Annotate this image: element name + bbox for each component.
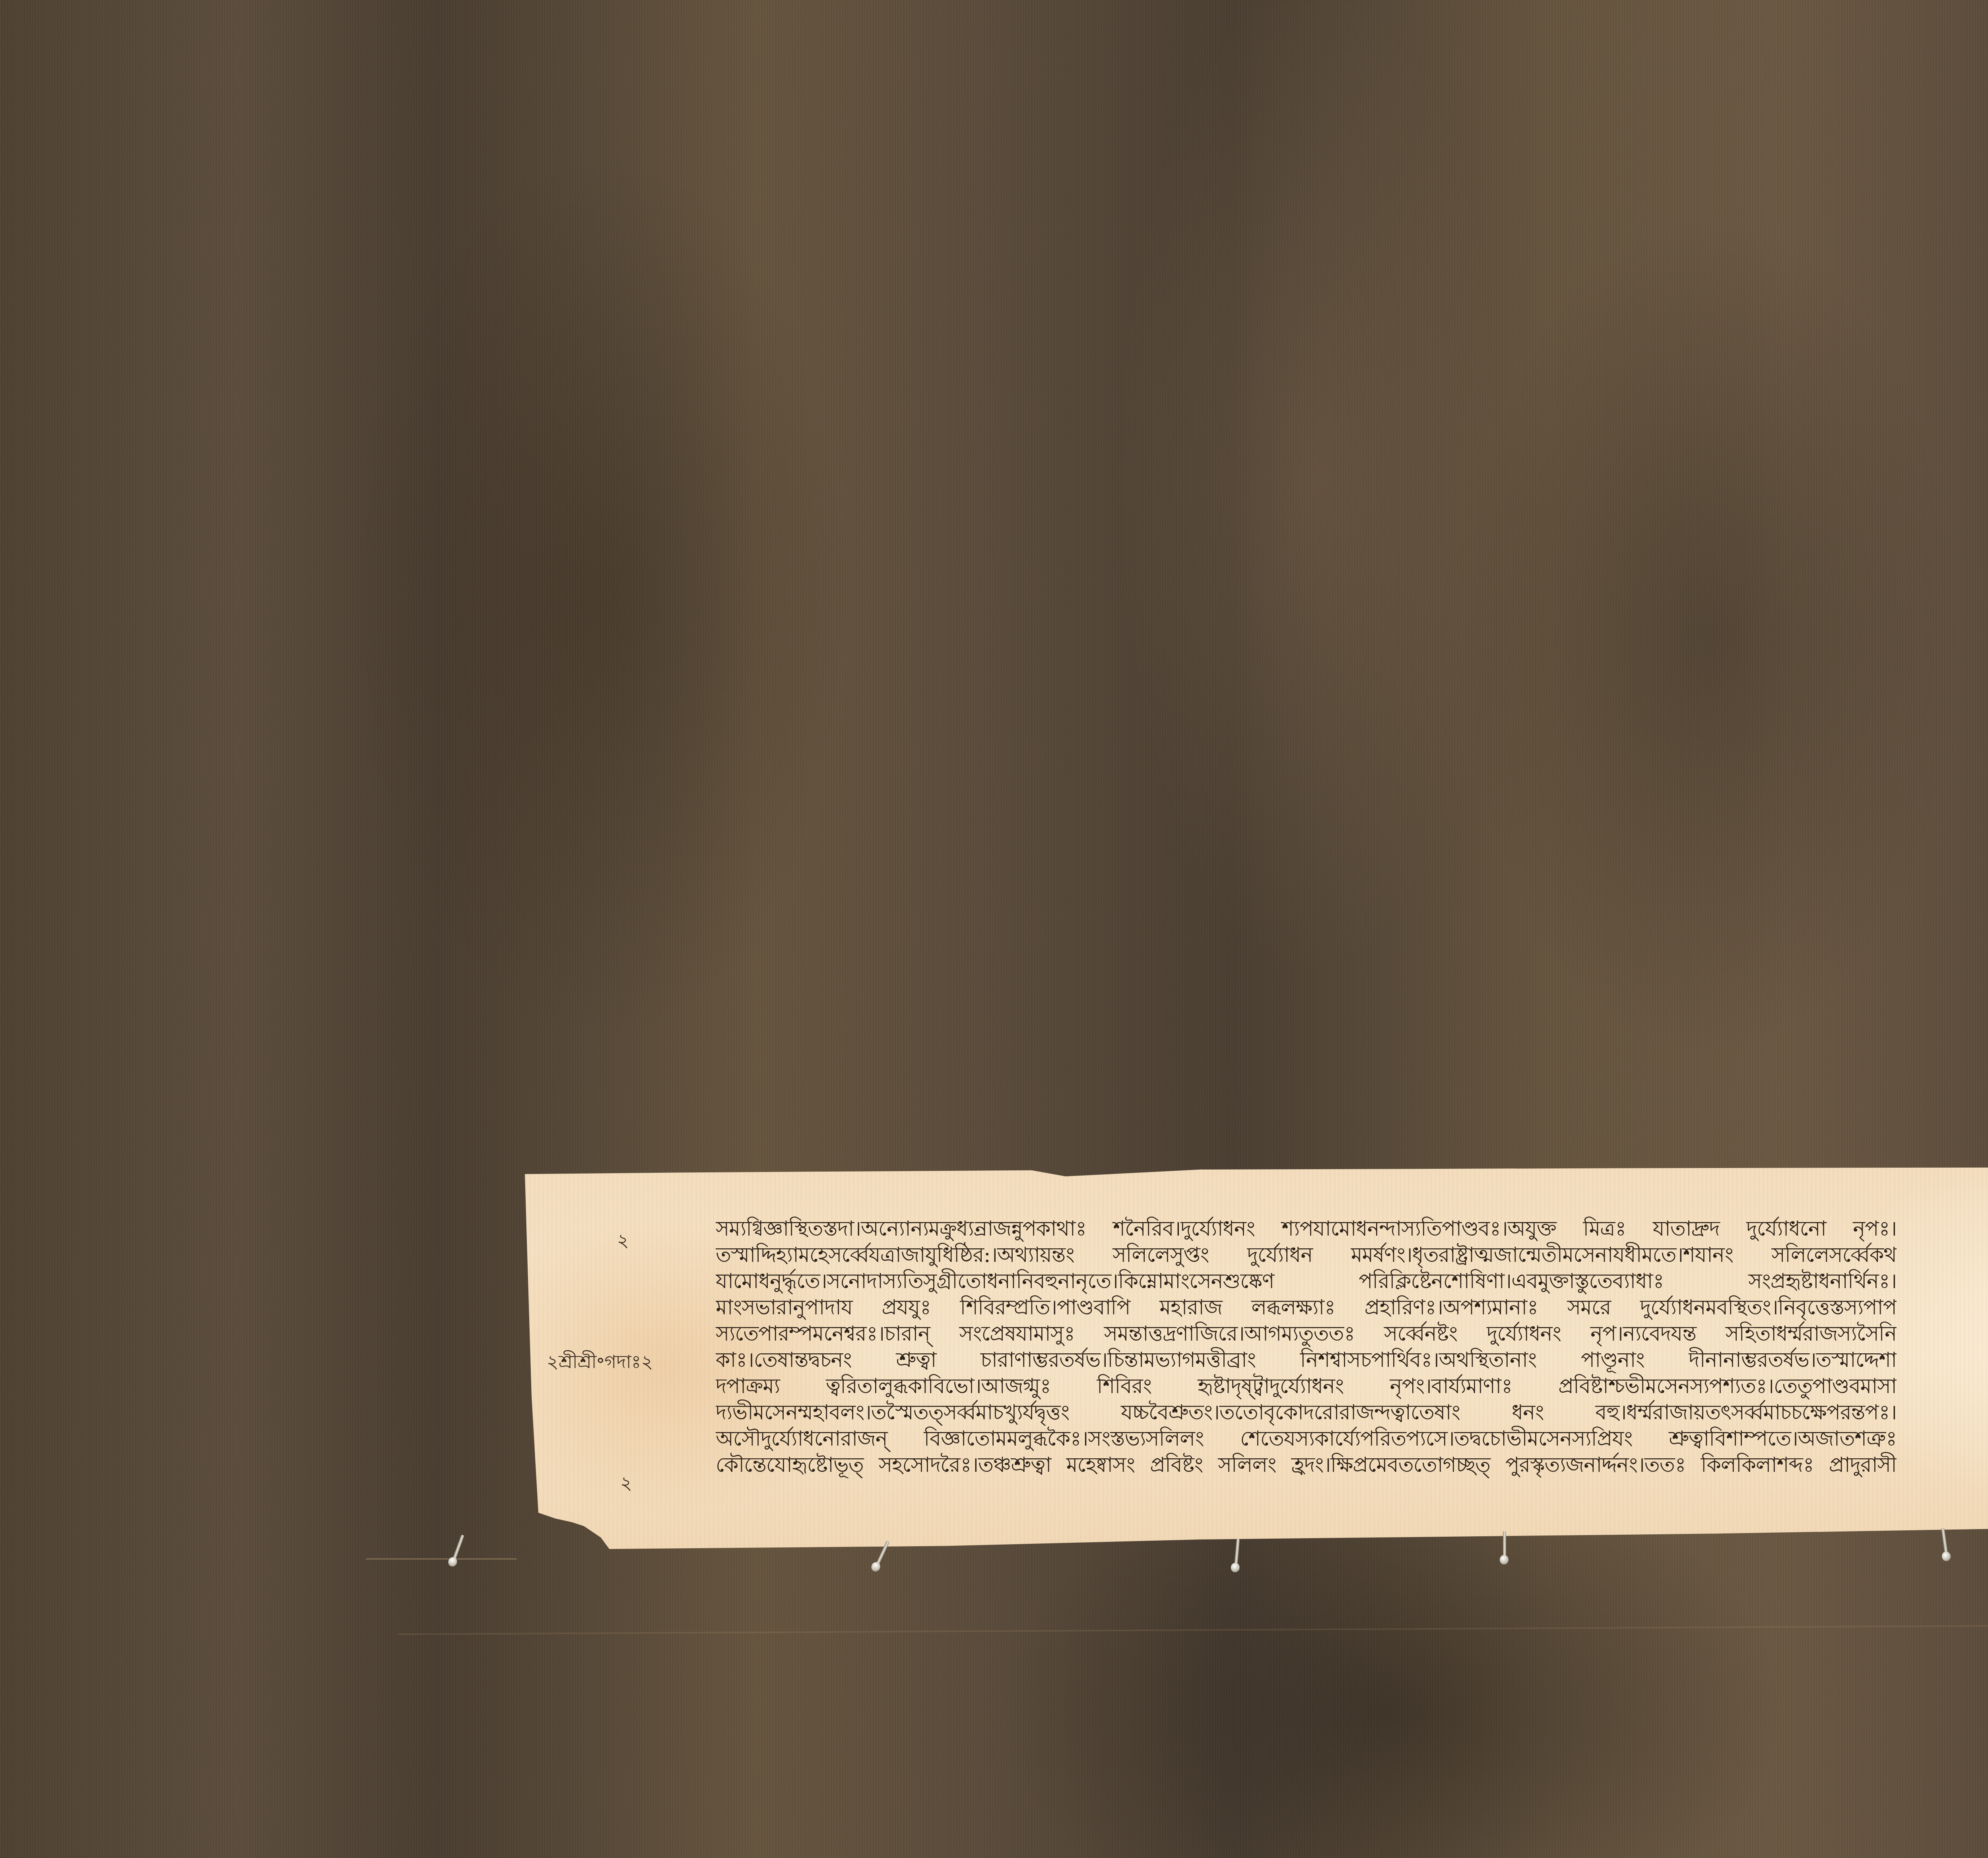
text-line-10: কৌন্তেযোহৃষ্টোভূত্ সহসোদরৈঃ।তঞ্চশ্রুত্বা…: [716, 1452, 1897, 1478]
left-margin-bottom-numeral: ২: [620, 1469, 632, 1500]
text-line-7: দপাক্রম্য ত্বরিতালুব্ধকাবিভো।আজগ্মুঃ শিব…: [716, 1373, 1897, 1399]
pencil-guide-line-left: [366, 1558, 517, 1560]
text-line-2: তস্মাদ্দিহ্যামহেসর্ব্বেযত্রাজাযুধিষ্ঠির:…: [716, 1242, 1897, 1268]
text-line-9: অসৌদুর্য্যোধনোরাজন্ বিজ্ঞাতোমমলুব্ধকৈঃ।স…: [716, 1426, 1897, 1452]
text-line-4: মাংসভারানুপাদায প্রযযুঃ শিবিরম্প্রতি।পাণ…: [716, 1294, 1897, 1321]
text-line-1: সম্যগ্বিজ্ঞাস্থিতস্তদা।অন্যোন্যমক্রুধ্যন…: [716, 1216, 1897, 1242]
pencil-guide-line-lower: [398, 1624, 1988, 1635]
text-line-6: কাঃ।তেষান্তদ্বচনং শ্রুত্বা চারাণাম্ভরতর্…: [716, 1347, 1897, 1373]
manuscript-leaf: ২ ২শ্রীশ্রী॰গদাঃ২ ২ ২ অ: ১শ্রীশ্রী:২ ২ স…: [525, 1167, 1988, 1549]
pin-icon: [1941, 1528, 1948, 1555]
left-margin-folio-label: ২শ্রীশ্রী॰গদাঃ২: [547, 1348, 653, 1378]
text-line-5: স্যতেপারম্পমনেশ্বরঃ।চারান্ সংপ্রেষযামাসু…: [716, 1321, 1897, 1347]
pin-icon: [1503, 1531, 1506, 1559]
left-margin-top-numeral: ২: [617, 1227, 629, 1257]
text-line-8: দ্যভীমসেনম্মহাবলং।তস্মৈতত্সর্ব্বমাচখ্যুর…: [716, 1399, 1897, 1426]
mounting-board-texture: [0, 0, 1988, 1858]
text-line-3: যামোধনুর্দ্ধৃতে।সনোদাস্যতিসুগ্রীতোধনানিব…: [716, 1268, 1897, 1294]
pin-icon: [452, 1535, 464, 1562]
pin-icon: [1234, 1539, 1240, 1567]
manuscript-text-block: সম্যগ্বিজ্ঞাস্থিতস্তদা।অন্যোন্যমক্রুধ্যন…: [716, 1216, 1897, 1478]
